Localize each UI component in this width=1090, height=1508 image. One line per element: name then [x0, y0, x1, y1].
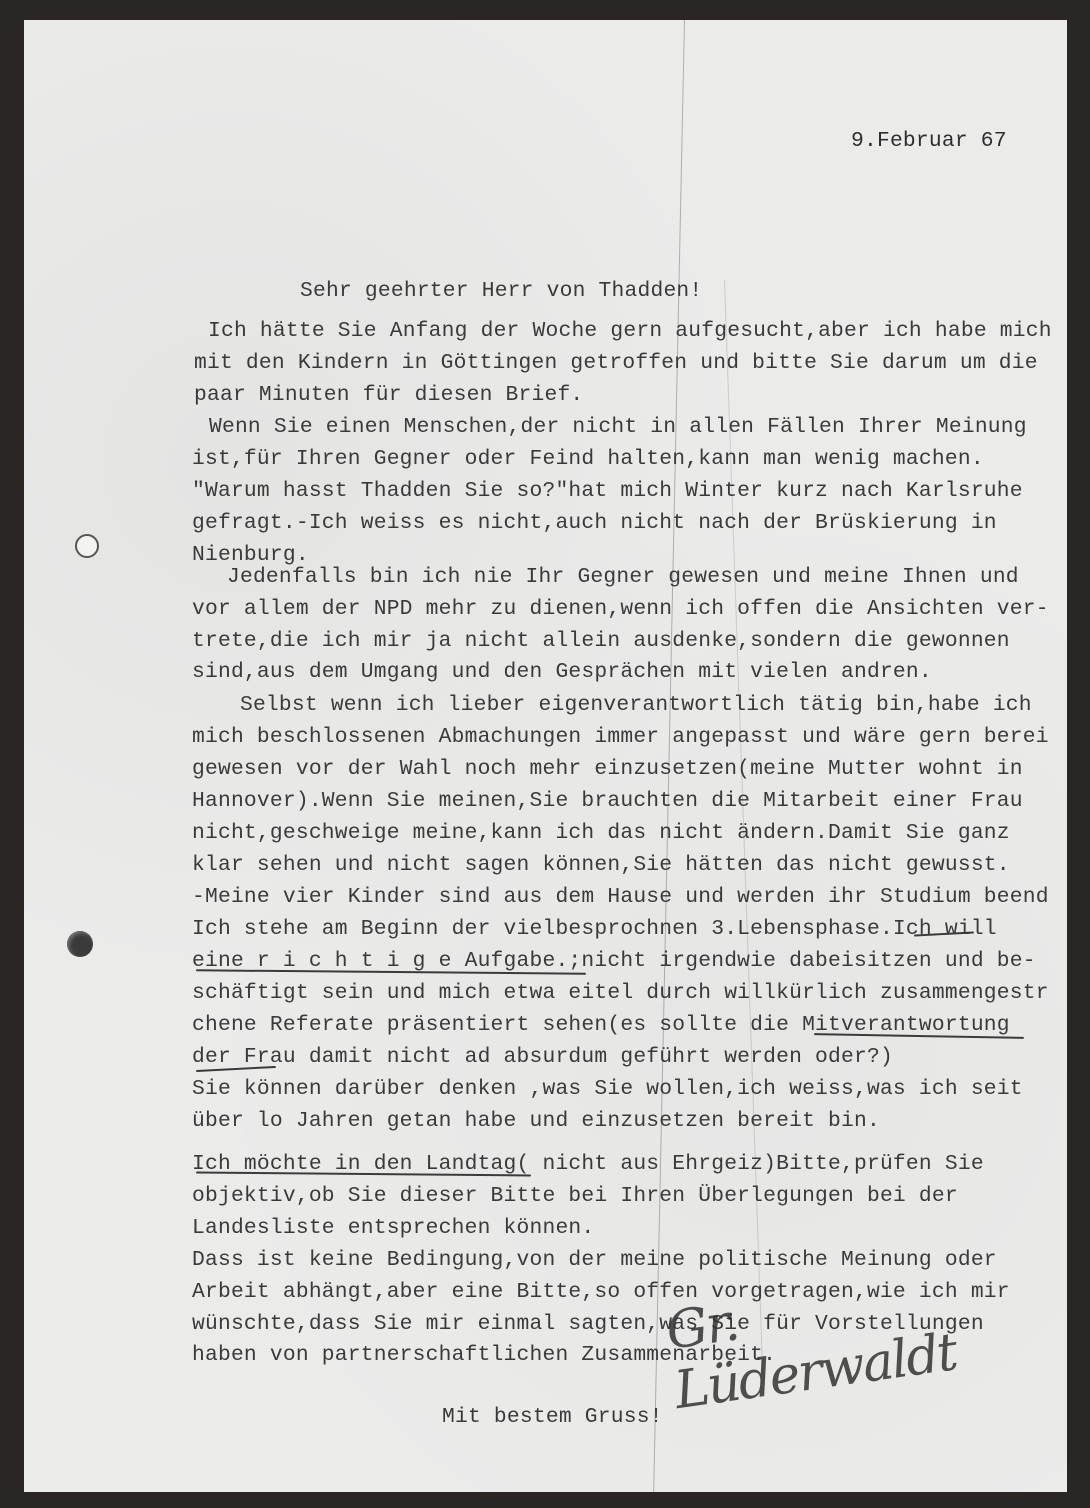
body-line: Dass ist keine Bedingung,von der meine p… [192, 1250, 997, 1271]
body-line: der Frau damit nicht ad absurdum geführt… [192, 1047, 893, 1068]
letter-page: 9.Februar 67 Sehr geehrter Herr von Thad… [24, 20, 1067, 1492]
body-line: trete,die ich mir ja nicht allein ausden… [192, 631, 1010, 652]
punch-hole-icon [75, 534, 99, 558]
body-line: mich beschlossenen Abmachungen immer ang… [192, 727, 1049, 748]
body-line: "Warum hasst Thadden Sie so?"hat mich Wi… [192, 481, 1023, 502]
body-line: objektiv,ob Sie dieser Bitte bei Ihren Ü… [192, 1186, 958, 1207]
punch-hole-icon [67, 931, 93, 957]
body-line: Wenn Sie einen Menschen,der nicht in all… [196, 417, 1027, 438]
body-line: nicht,geschweige meine,kann ich das nich… [192, 823, 1010, 844]
body-line: über lo Jahren getan habe und einzusetze… [192, 1111, 880, 1132]
body-line: paar Minuten für diesen Brief. [194, 385, 583, 406]
closing: Mit bestem Gruss! [442, 1407, 663, 1428]
body-line: ist,für Ihren Gegner oder Feind halten,k… [192, 449, 984, 470]
body-line: -Meine vier Kinder sind aus dem Hause un… [192, 887, 1049, 908]
body-line: Ich stehe am Beginn der vielbesprochnen … [192, 919, 997, 940]
body-line: vor allem der NPD mehr zu dienen,wenn ic… [192, 599, 1049, 620]
body-line: eine r i c h t i g e Aufgabe.;nicht irge… [192, 951, 1036, 972]
body-line: sind,aus dem Umgang und den Gesprächen m… [192, 662, 932, 683]
body-line: Nienburg. [192, 545, 309, 566]
body-line: schäftigt sein und mich etwa eitel durch… [192, 983, 1049, 1004]
salutation: Sehr geehrter Herr von Thadden! [300, 281, 702, 302]
body-line: Ich hätte Sie Anfang der Woche gern aufg… [208, 321, 1052, 342]
body-line: chene Referate präsentiert sehen(es soll… [192, 1015, 1010, 1036]
letter-date: 9.Februar 67 [851, 131, 1007, 152]
body-line: Jedenfalls bin ich nie Ihr Gegner gewese… [214, 567, 1019, 588]
body-line: klar sehen und nicht sagen können,Sie hä… [192, 855, 1010, 876]
body-line: Sie können darüber denken ,was Sie wolle… [192, 1079, 1023, 1100]
body-line: Landesliste entsprechen können. [192, 1218, 594, 1239]
body-line: gefragt.-Ich weiss es nicht,auch nicht n… [192, 513, 997, 534]
body-line: Selbst wenn ich lieber eigenverantwortli… [214, 695, 1032, 716]
body-line: Hannover).Wenn Sie meinen,Sie brauchten … [192, 791, 1023, 812]
body-line: gewesen vor der Wahl noch mehr einzusetz… [192, 759, 1023, 780]
body-line: mit den Kindern in Göttingen getroffen u… [194, 353, 1038, 374]
